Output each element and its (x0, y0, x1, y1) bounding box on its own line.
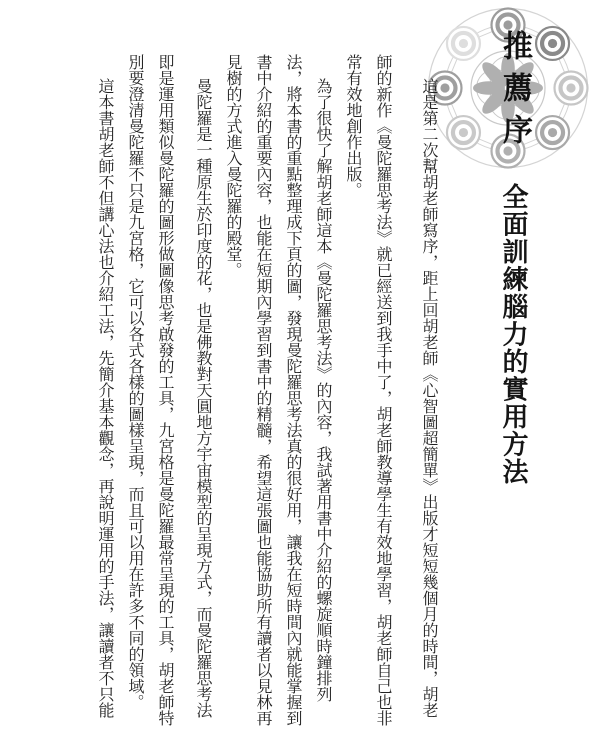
body-column: 這本書胡老師不但講心法也介紹工法，先簡介基本觀念，再說明運用的手法，讓讀者不只能 (89, 54, 119, 729)
body-text: 這是第二次幫胡老師寫序，距上回胡老師《心智圖超簡單》出版才短短幾個月的時間，胡老… (87, 54, 443, 729)
body-column: 曼陀羅是一種原生於印度的花，也是佛教對天圓地方宇宙模型的呈現方式，而曼陀羅思考法 (187, 54, 217, 729)
body-column: 見樹的方式進入曼陀羅的殿堂。 (217, 54, 247, 729)
book-page: 推薦序 全面訓練腦力的實用方法 這是第二次幫胡老師寫序，距上回胡老師《心智圖超簡… (0, 0, 594, 729)
body-column: 師的新作《曼陀羅思考法》就已經送到我手中了，胡老師教導學生有效地學習，胡老師自己… (367, 54, 397, 729)
body-column: 書中介紹的重要內容，也能在短期內學習到書中的精髓，希望這張圖也能協助所有讀者以見… (247, 54, 277, 729)
page-subtitle: 全面訓練腦力的實用方法 (495, 183, 532, 486)
body-column: 常有效地創作出版。 (337, 54, 367, 729)
body-column: 這是第二次幫胡老師寫序，距上回胡老師《心智圖超簡單》出版才短短幾個月的時間，胡老 (413, 54, 443, 729)
body-column: 即是運用類似曼陀羅的圖形做圖像思考啟發的工具，九宮格是曼陀羅最常呈現的工具，胡老… (149, 54, 179, 729)
body-column: 別要澄清曼陀羅不只是九宮格，它可以各式各樣的圖樣呈現，而且可以用在許多不同的領域… (119, 54, 149, 729)
section-title: 推薦序 (492, 30, 536, 156)
body-column: 為了很快了解胡老師這本《曼陀羅思考法》的內容，我試著用書中介紹的螺旋順時鐘排列 (307, 54, 337, 729)
body-column: 法，將本書的重點整理成下頁的圖，發現曼陀羅思考法真的很好用，讓我在短時間內就能掌… (277, 54, 307, 729)
